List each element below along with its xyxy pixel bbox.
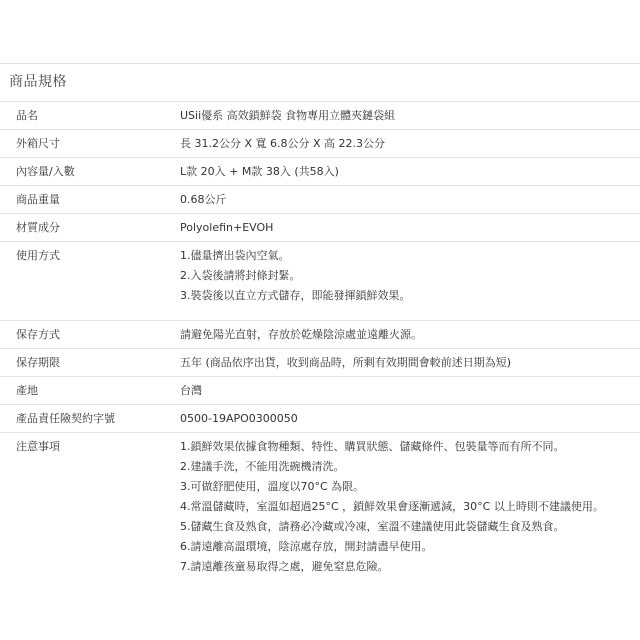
usage-line: 2.入袋後請將封條封緊。 [180,268,640,288]
spec-value: 台灣 [180,377,640,405]
spec-table: 品名 USii優系 高效鎖鮮袋 食物專用立體夾鏈袋組 外箱尺寸 長 31.2公分… [0,101,640,591]
spec-row-quantity: 內容量/入數 L款 20入 + M款 38入 (共58入) [0,158,640,186]
spec-row-origin: 產地 台灣 [0,377,640,405]
spec-label: 保存方式 [0,321,180,349]
spec-row-weight: 商品重量 0.68公斤 [0,186,640,214]
spec-label: 內容量/入數 [0,158,180,186]
section-header: 商品規格 [0,63,640,101]
spec-row-usage: 使用方式 1.儘量擠出袋內空氣。 2.入袋後請將封條封緊。 3.裝袋後以直立方式… [0,242,640,321]
spec-label: 外箱尺寸 [0,130,180,158]
spec-label: 商品重量 [0,186,180,214]
note-line: 6.請遠離高溫環境，陰涼處存放，開封請盡早使用。 [180,539,640,559]
note-line: 5.儲藏生食及熟食，請務必冷藏或冷凍，室溫不建議使用此袋儲藏生食及熟食。 [180,519,640,539]
spec-row-insurance: 產品責任險契約字號 0500-19APO0300050 [0,405,640,433]
usage-line: 1.儘量擠出袋內空氣。 [180,248,640,268]
note-line: 1.鎖鮮效果依據食物種類、特性、購買狀態、儲藏條件、包裝量等而有所不同。 [180,439,640,459]
spec-row-notes: 注意事項 1.鎖鮮效果依據食物種類、特性、購買狀態、儲藏條件、包裝量等而有所不同… [0,433,640,592]
spec-value: 請避免陽光直射，存放於乾燥陰涼處並遠離火源。 [180,321,640,349]
spec-value: 五年 (商品依序出貨，收到商品時，所剩有效期間會較前述日期為短) [180,349,640,377]
spec-row-material: 材質成分 Polyolefin+EVOH [0,214,640,242]
spec-value: L款 20入 + M款 38入 (共58入) [180,158,640,186]
spec-label: 注意事項 [0,433,180,592]
spec-label: 產品責任險契約字號 [0,405,180,433]
note-line: 7.請遠離孩童易取得之處，避免窒息危險。 [180,559,640,579]
spec-label: 材質成分 [0,214,180,242]
spec-value: USii優系 高效鎖鮮袋 食物專用立體夾鏈袋組 [180,102,640,130]
spec-label: 保存期限 [0,349,180,377]
spec-row-product-name: 品名 USii優系 高效鎖鮮袋 食物專用立體夾鏈袋組 [0,102,640,130]
spec-row-shelf-life: 保存期限 五年 (商品依序出貨，收到商品時，所剩有效期間會較前述日期為短) [0,349,640,377]
spec-value: 1.鎖鮮效果依據食物種類、特性、購買狀態、儲藏條件、包裝量等而有所不同。 2.建… [180,433,640,592]
spec-value: 0.68公斤 [180,186,640,214]
note-line: 2.建議手洗，不能用洗碗機清洗。 [180,459,640,479]
usage-line: 3.裝袋後以直立方式儲存，即能發揮鎖鮮效果。 [180,288,640,308]
spec-value: 0500-19APO0300050 [180,405,640,433]
section-title: 商品規格 [9,71,67,91]
spec-row-storage: 保存方式 請避免陽光直射，存放於乾燥陰涼處並遠離火源。 [0,321,640,349]
spec-row-box-size: 外箱尺寸 長 31.2公分 X 寬 6.8公分 X 高 22.3公分 [0,130,640,158]
spec-value: 長 31.2公分 X 寬 6.8公分 X 高 22.3公分 [180,130,640,158]
note-line: 4.常溫儲藏時，室溫如超過25°C ，鎖鮮效果會逐漸遞減，30°C 以上時則不建… [180,499,640,519]
note-line: 3.可做舒肥使用，溫度以70°C 為限。 [180,479,640,499]
spec-value: Polyolefin+EVOH [180,214,640,242]
product-spec-section: 商品規格 品名 USii優系 高效鎖鮮袋 食物專用立體夾鏈袋組 外箱尺寸 長 3… [0,63,640,591]
spec-label: 使用方式 [0,242,180,321]
spec-value: 1.儘量擠出袋內空氣。 2.入袋後請將封條封緊。 3.裝袋後以直立方式儲存，即能… [180,242,640,321]
spec-label: 品名 [0,102,180,130]
spec-label: 產地 [0,377,180,405]
